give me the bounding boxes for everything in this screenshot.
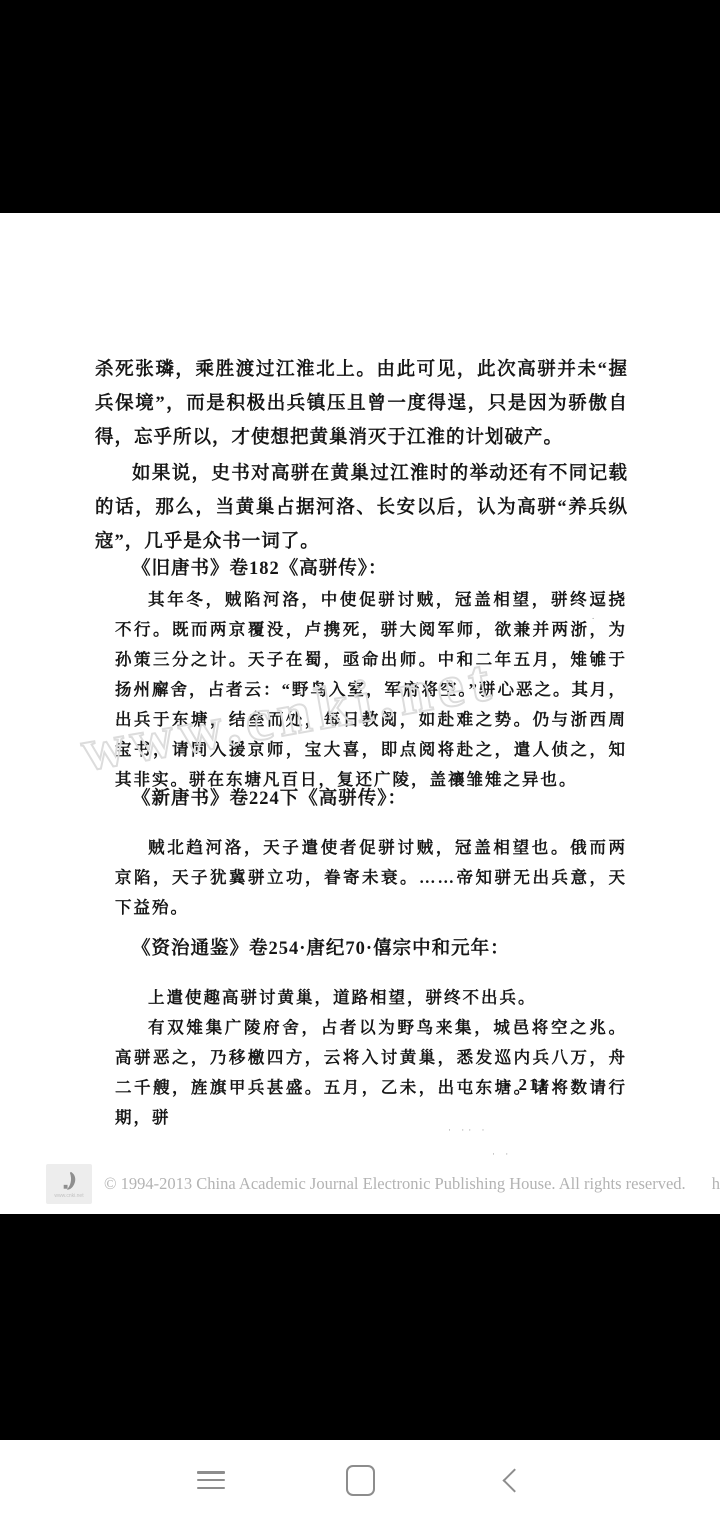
recents-button[interactable] <box>181 1440 241 1520</box>
quote-block-xintangshu: 贼北趋河洛，天子遣使者促骈讨贼，冠盖相望也。俄而两京陷，天子犹冀骈立功，眷寄未衰… <box>115 833 627 923</box>
cnki-footer: www.cnki.net © 1994-2013 China Academic … <box>46 1164 720 1204</box>
cnki-logo-caption: www.cnki.net <box>54 1194 83 1199</box>
footer-url: http://www <box>712 1174 720 1194</box>
scan-artifact: · · <box>492 1149 512 1159</box>
quote-block-zizhitongjian: 上遣使趣高骈讨黄巢，道路相望，骈终不出兵。 有双雉集广陵府舍，占者以为野鸟来集，… <box>115 983 627 1133</box>
source-heading-zizhitongjian: 《资治通鉴》卷254·唐纪70·僖宗中和元年： <box>95 934 628 960</box>
scanned-document-page: www.cnki.net 杀死张璘，乘胜渡过江淮北上。由此可见，此次高骈并未“握… <box>0 213 720 1214</box>
top-letterbox-bar <box>0 0 720 213</box>
quote-text: 有双雉集广陵府舍，占者以为野鸟来集，城邑将空之兆。高骈恶之，乃移檄四方，云将入讨… <box>115 1013 627 1133</box>
quote-text: 上遣使趣高骈讨黄巢，道路相望，骈终不出兵。 <box>115 983 627 1013</box>
cnki-swoosh-icon <box>58 1170 80 1192</box>
scan-artifact: · ·· · <box>448 1125 489 1135</box>
quote-text: 其年冬，贼陷河洛，中使促骈讨贼，冠盖相望，骈终逗挠不行。既而两京覆没，卢携死，骈… <box>115 585 627 795</box>
quote-block-jiutangshu: 其年冬，贼陷河洛，中使促骈讨贼，冠盖相望，骈终逗挠不行。既而两京覆没，卢携死，骈… <box>115 585 627 795</box>
body-paragraph: 如果说，史书对高骈在黄巢过江淮时的举动还有不同记载的话，那么，当黄巢占据河洛、长… <box>95 457 628 559</box>
quote-text: 贼北趋河洛，天子遣使者促骈讨贼，冠盖相望也。俄而两京陷，天子犹冀骈立功，眷寄未衰… <box>115 833 627 923</box>
scan-artifact: . <box>592 611 598 621</box>
chevron-left-icon <box>502 1468 526 1492</box>
home-square-icon <box>346 1465 375 1496</box>
copyright-text: © 1994-2013 China Academic Journal Elect… <box>104 1174 686 1194</box>
menu-icon <box>197 1471 225 1489</box>
cnki-logo: www.cnki.net <box>46 1164 92 1204</box>
home-button[interactable] <box>330 1440 390 1520</box>
source-heading-jiutangshu: 《旧唐书》卷182《高骈传》： <box>95 554 628 580</box>
source-heading-xintangshu: 《新唐书》卷224下《高骈传》： <box>95 784 628 810</box>
body-paragraph: 杀死张璘，乘胜渡过江淮北上。由此可见，此次高骈并未“握兵保境”，而是积极出兵镇压… <box>95 353 628 455</box>
bottom-letterbox-bar <box>0 1214 720 1440</box>
page-number: · 211 · <box>95 1075 563 1095</box>
android-navigation-bar <box>0 1440 720 1520</box>
back-button[interactable] <box>481 1440 541 1520</box>
